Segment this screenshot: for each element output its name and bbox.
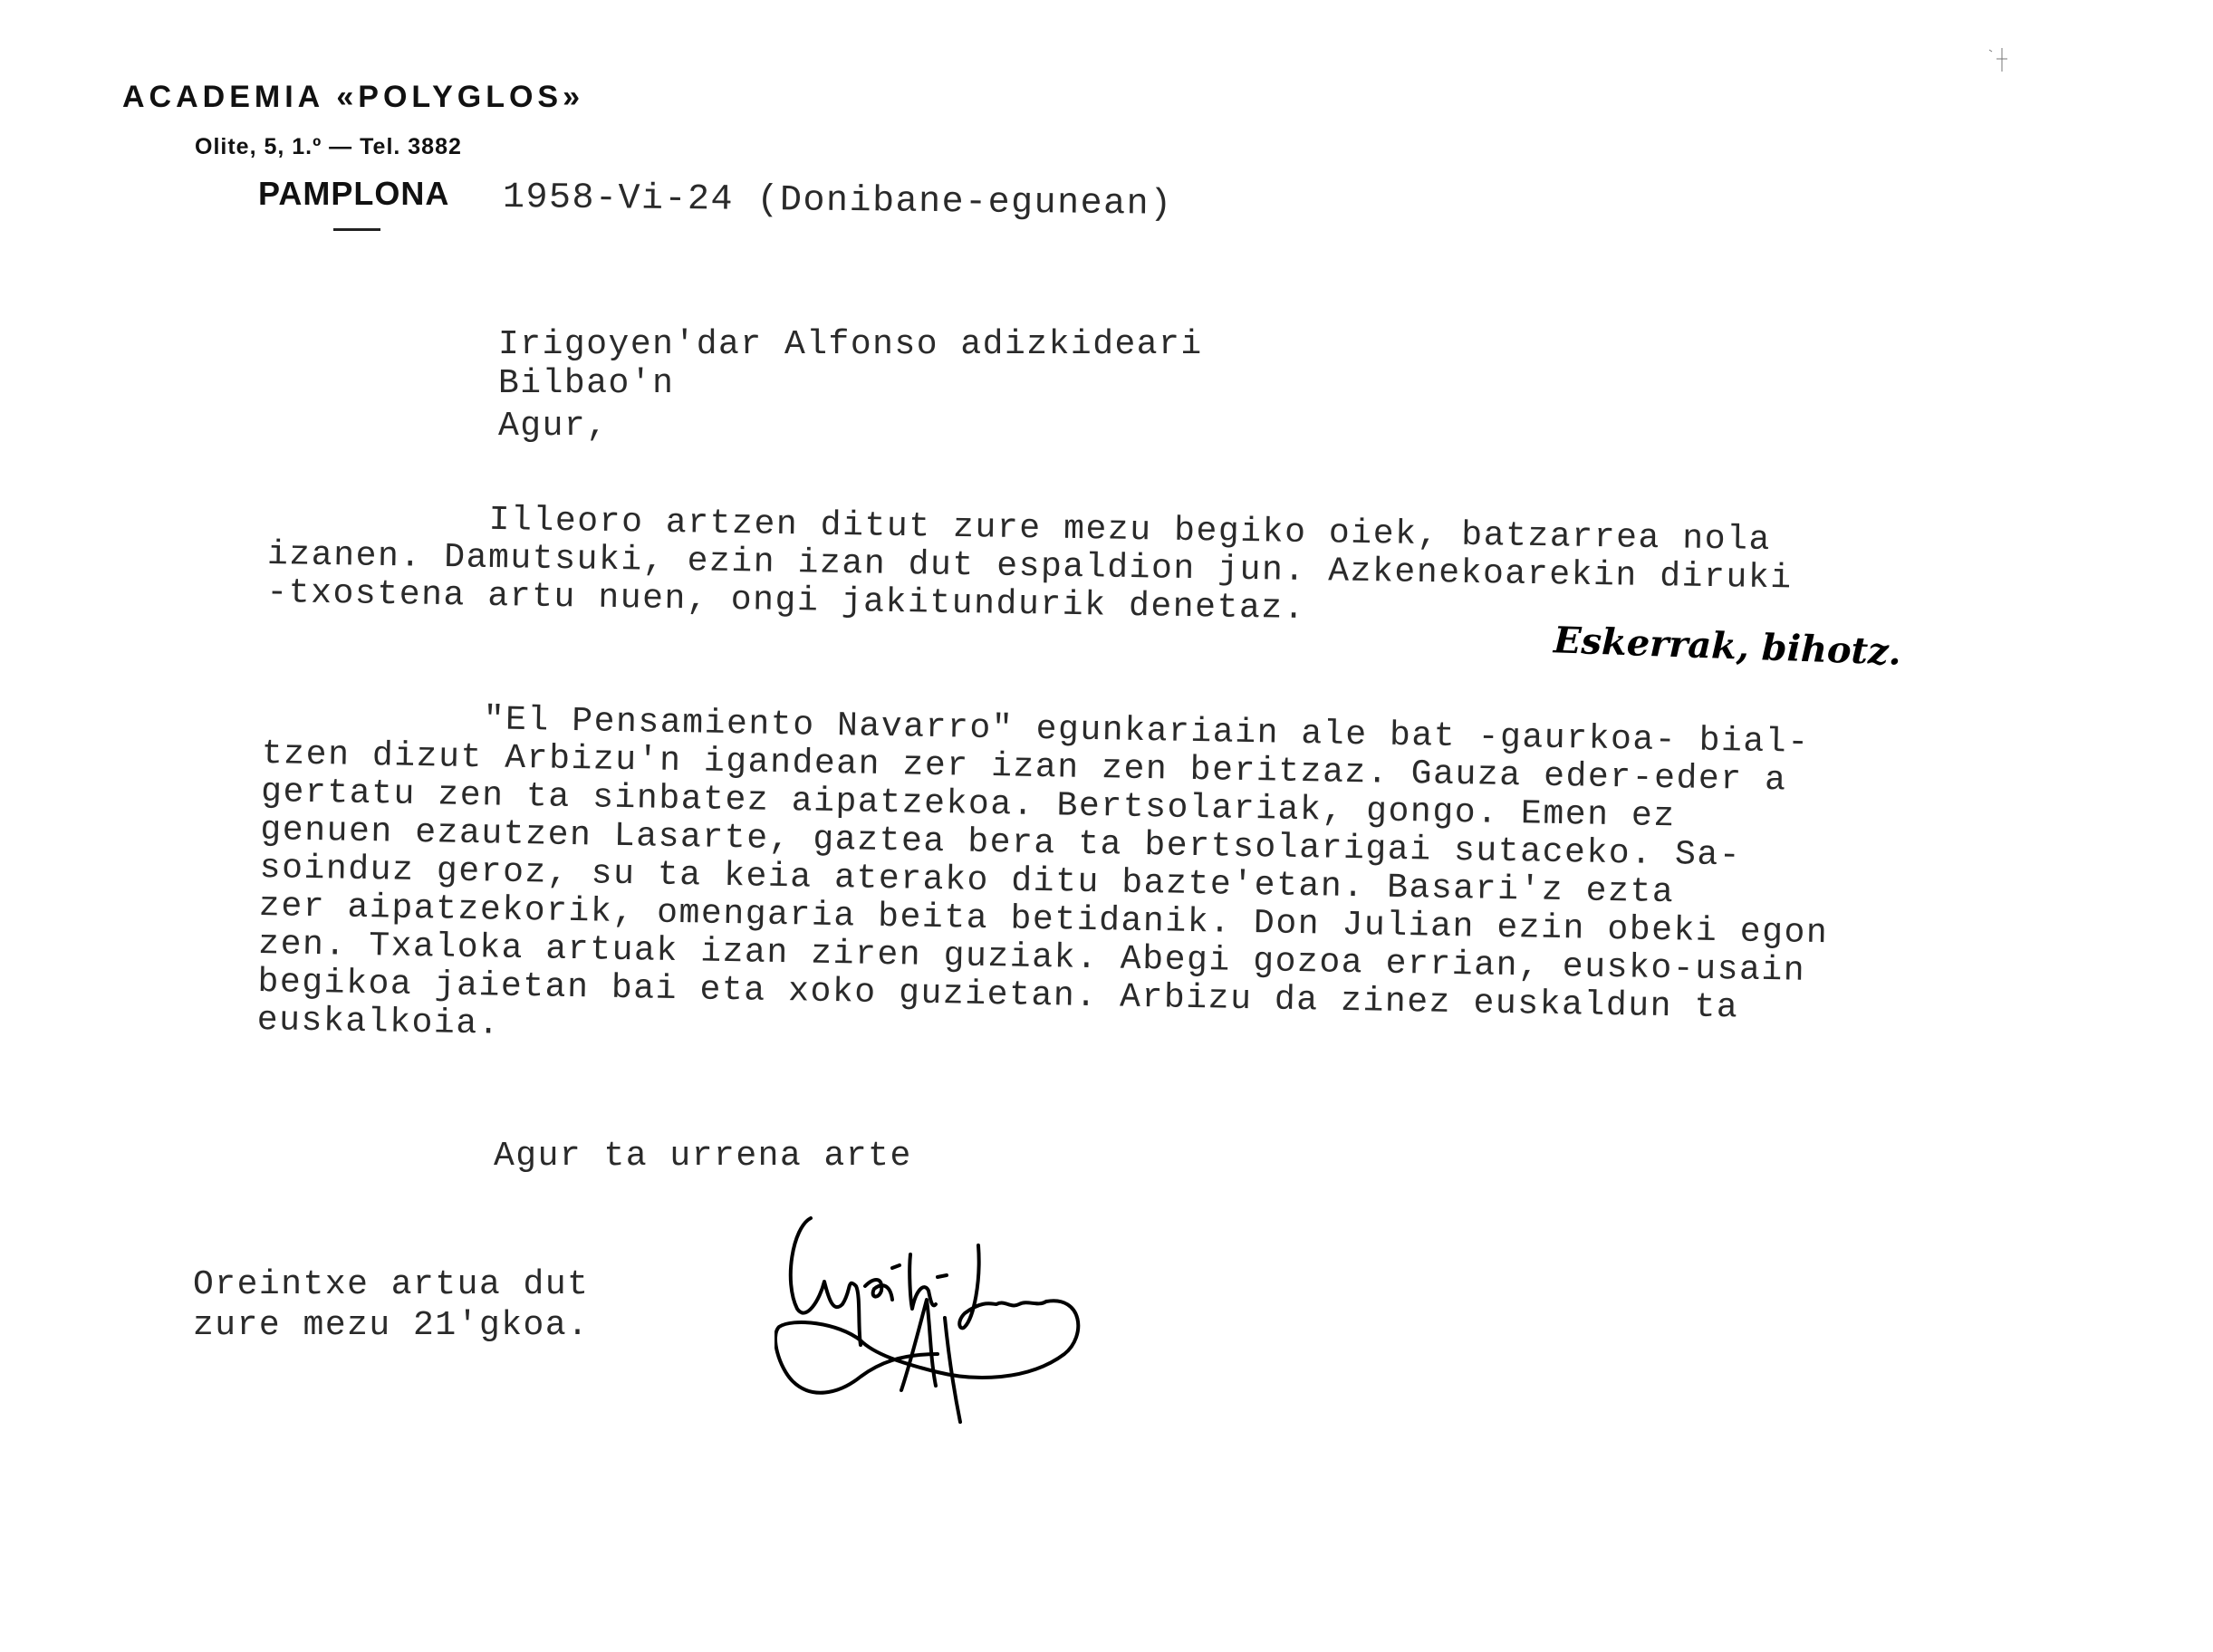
closing: Agur ta urrena arte bbox=[494, 1137, 912, 1176]
letterhead-city: PAMPLONA bbox=[258, 175, 449, 213]
paragraph-2: "El Pensamiento Navarro" egunkariain ale… bbox=[256, 697, 1832, 1067]
letter-page: ACADEMIA «POLYGLOS» Olite, 5, 1.º — Tel.… bbox=[0, 0, 2213, 1652]
signature bbox=[775, 1200, 1300, 1426]
postscript-line-2: zure mezu 21'gkoa. bbox=[193, 1304, 589, 1348]
letterhead-underline bbox=[333, 228, 380, 231]
addressee-city: Bilbao'n bbox=[498, 360, 674, 408]
corner-pencil-mark bbox=[1984, 41, 2020, 77]
postscript-line-1: Oreintxe artua dut bbox=[193, 1263, 589, 1307]
paragraph-1: Illeoro artzen ditut zure mezu begiko oi… bbox=[266, 498, 1794, 636]
letterhead-address: Olite, 5, 1.º — Tel. 3882 bbox=[195, 134, 462, 160]
greeting: Agur, bbox=[498, 403, 609, 450]
letterhead-name: ACADEMIA «POLYGLOS» bbox=[122, 80, 584, 115]
date-line: 1958-Vi-24 (Donibane-egunean) bbox=[503, 178, 1173, 226]
handwritten-note: Eskerrak, bihotz. bbox=[1553, 619, 1901, 673]
